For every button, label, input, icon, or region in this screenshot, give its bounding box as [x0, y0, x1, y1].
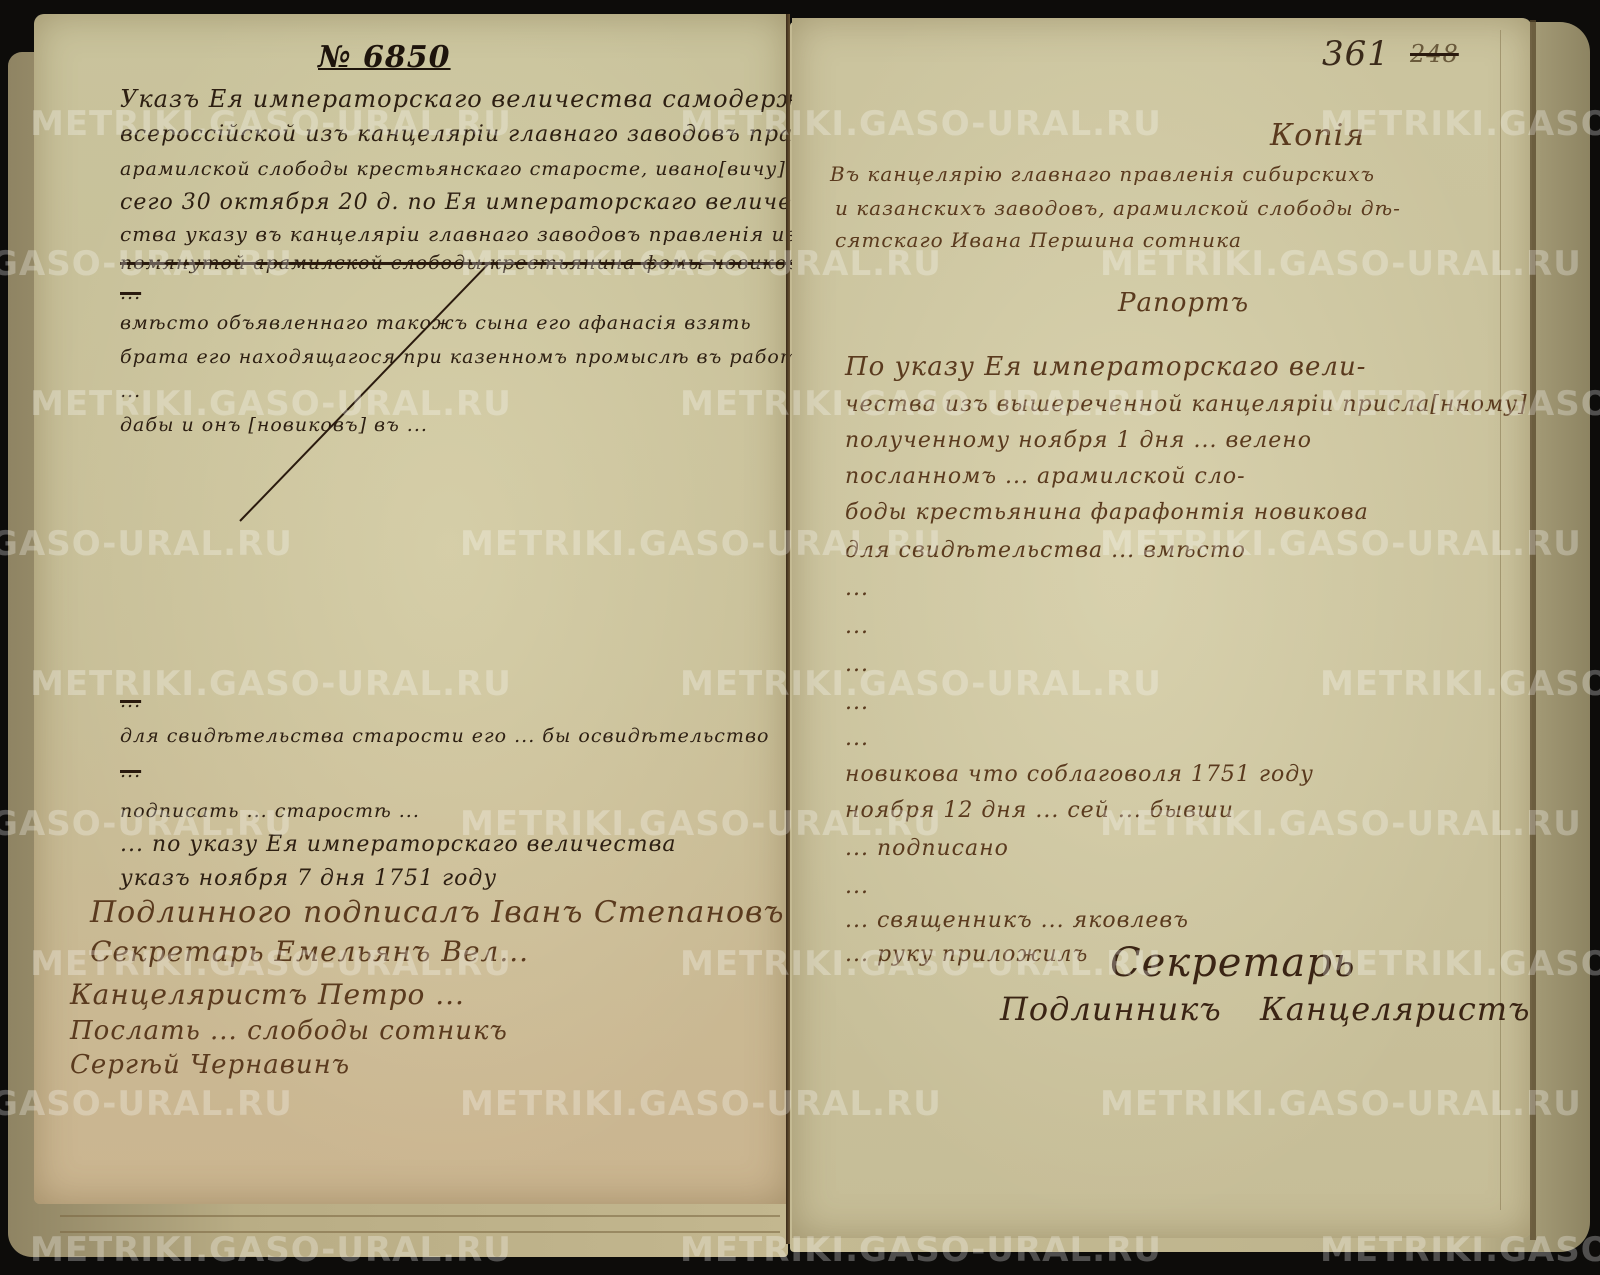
text-line: для свидѣтельства ... вмѣсто: [845, 538, 1246, 563]
right-page-margin-line: [1500, 30, 1501, 1210]
text-line: ... священникъ ... яковлевъ: [845, 908, 1189, 933]
text-line: ... подписано: [845, 836, 1009, 861]
text-line: По указу Ея императорскаго вели-: [845, 352, 1366, 382]
right-page-number: 361: [1322, 34, 1390, 74]
text-line: Указъ Ея императорскаго величества самод…: [120, 85, 859, 113]
document-heading-copy: Копiя: [1270, 118, 1365, 153]
text-line: ноября 12 дня ... сей ... бывши: [845, 798, 1234, 823]
text-line: ...: [845, 690, 869, 715]
signature-line: Канцеляристъ Петро ...: [70, 978, 465, 1011]
signature-secretary: Секретарь: [1110, 940, 1356, 986]
text-line: и казанскихъ заводовъ, арамилской слобод…: [835, 196, 1401, 220]
text-line: ...: [845, 576, 869, 601]
text-line: ...: [845, 726, 869, 751]
signature-original: Подлинникъ: [1000, 990, 1222, 1028]
right-old-page-number: 248: [1410, 40, 1459, 68]
text-line-struck: помянутой арамилской слободы крестьянина…: [120, 252, 812, 274]
text-line: арамилской слободы крестьянскаго старост…: [120, 158, 807, 180]
signature-clerk: Канцеляристъ: [1260, 990, 1530, 1028]
text-line: сего 30 октября 20 д. по Ея императорска…: [120, 190, 792, 215]
left-page-bottom-layers: [60, 1215, 780, 1233]
left-page-number: № 6850: [318, 40, 451, 75]
text-line: боды крестьянина фарафонтiя новикова: [845, 500, 1369, 525]
signature-line: Послать ... слободы сотникъ: [70, 1016, 508, 1046]
text-line: для свидѣтельства старости его ... бы ос…: [120, 725, 769, 747]
signature-line: Подлинного подписалъ Iванъ Степановъ: [90, 895, 785, 930]
book-gutter: [786, 14, 790, 1244]
text-line: ... руку приложилъ: [845, 942, 1088, 967]
right-page-fold-edge: [1530, 20, 1536, 1240]
text-line: сятскаго Ивана Першина сотника: [835, 228, 1242, 252]
text-line: ...: [845, 652, 869, 677]
text-line: чества изъ вышереченной канцелярiи присл…: [845, 392, 1528, 417]
report-title: Рапортъ: [1118, 288, 1249, 318]
text-line: ...: [120, 380, 141, 402]
text-line: новикова что соблаговоля 1751 году: [845, 762, 1314, 787]
text-line: ства указу въ канцелярiи главнаго заводо…: [120, 222, 812, 246]
text-line-struck: ...: [120, 282, 141, 304]
text-line: подписать ... старостѣ ...: [120, 800, 420, 822]
text-line: указъ ноября 7 дня 1751 году: [120, 866, 497, 891]
text-line: дабы и онъ [новиковъ] въ ...: [120, 414, 428, 436]
text-line: посланномъ ... арамилской сло-: [845, 464, 1246, 489]
text-line: Въ канцелярiю главнаго правленiя сибирск…: [830, 162, 1375, 186]
text-line: полученному ноября 1 дня ... велено: [845, 428, 1312, 453]
text-line: всероссiйской изъ канцелярiи главнаго за…: [120, 122, 875, 147]
text-line: брата его находящагося при казенномъ про…: [120, 346, 817, 368]
book-spread: № 6850 Указъ Ея императорскаго величеств…: [0, 0, 1600, 1275]
text-line-struck: ...: [120, 690, 141, 712]
signature-line: Секретарь Емельянъ Вел...: [90, 935, 529, 968]
text-line: ... по указу Ея императорскаго величеств…: [120, 832, 677, 857]
text-line: ...: [845, 874, 869, 899]
signature-line: Сергѣй Чернавинъ: [70, 1050, 350, 1080]
text-line-struck: ...: [120, 760, 141, 782]
text-line: ...: [845, 614, 869, 639]
